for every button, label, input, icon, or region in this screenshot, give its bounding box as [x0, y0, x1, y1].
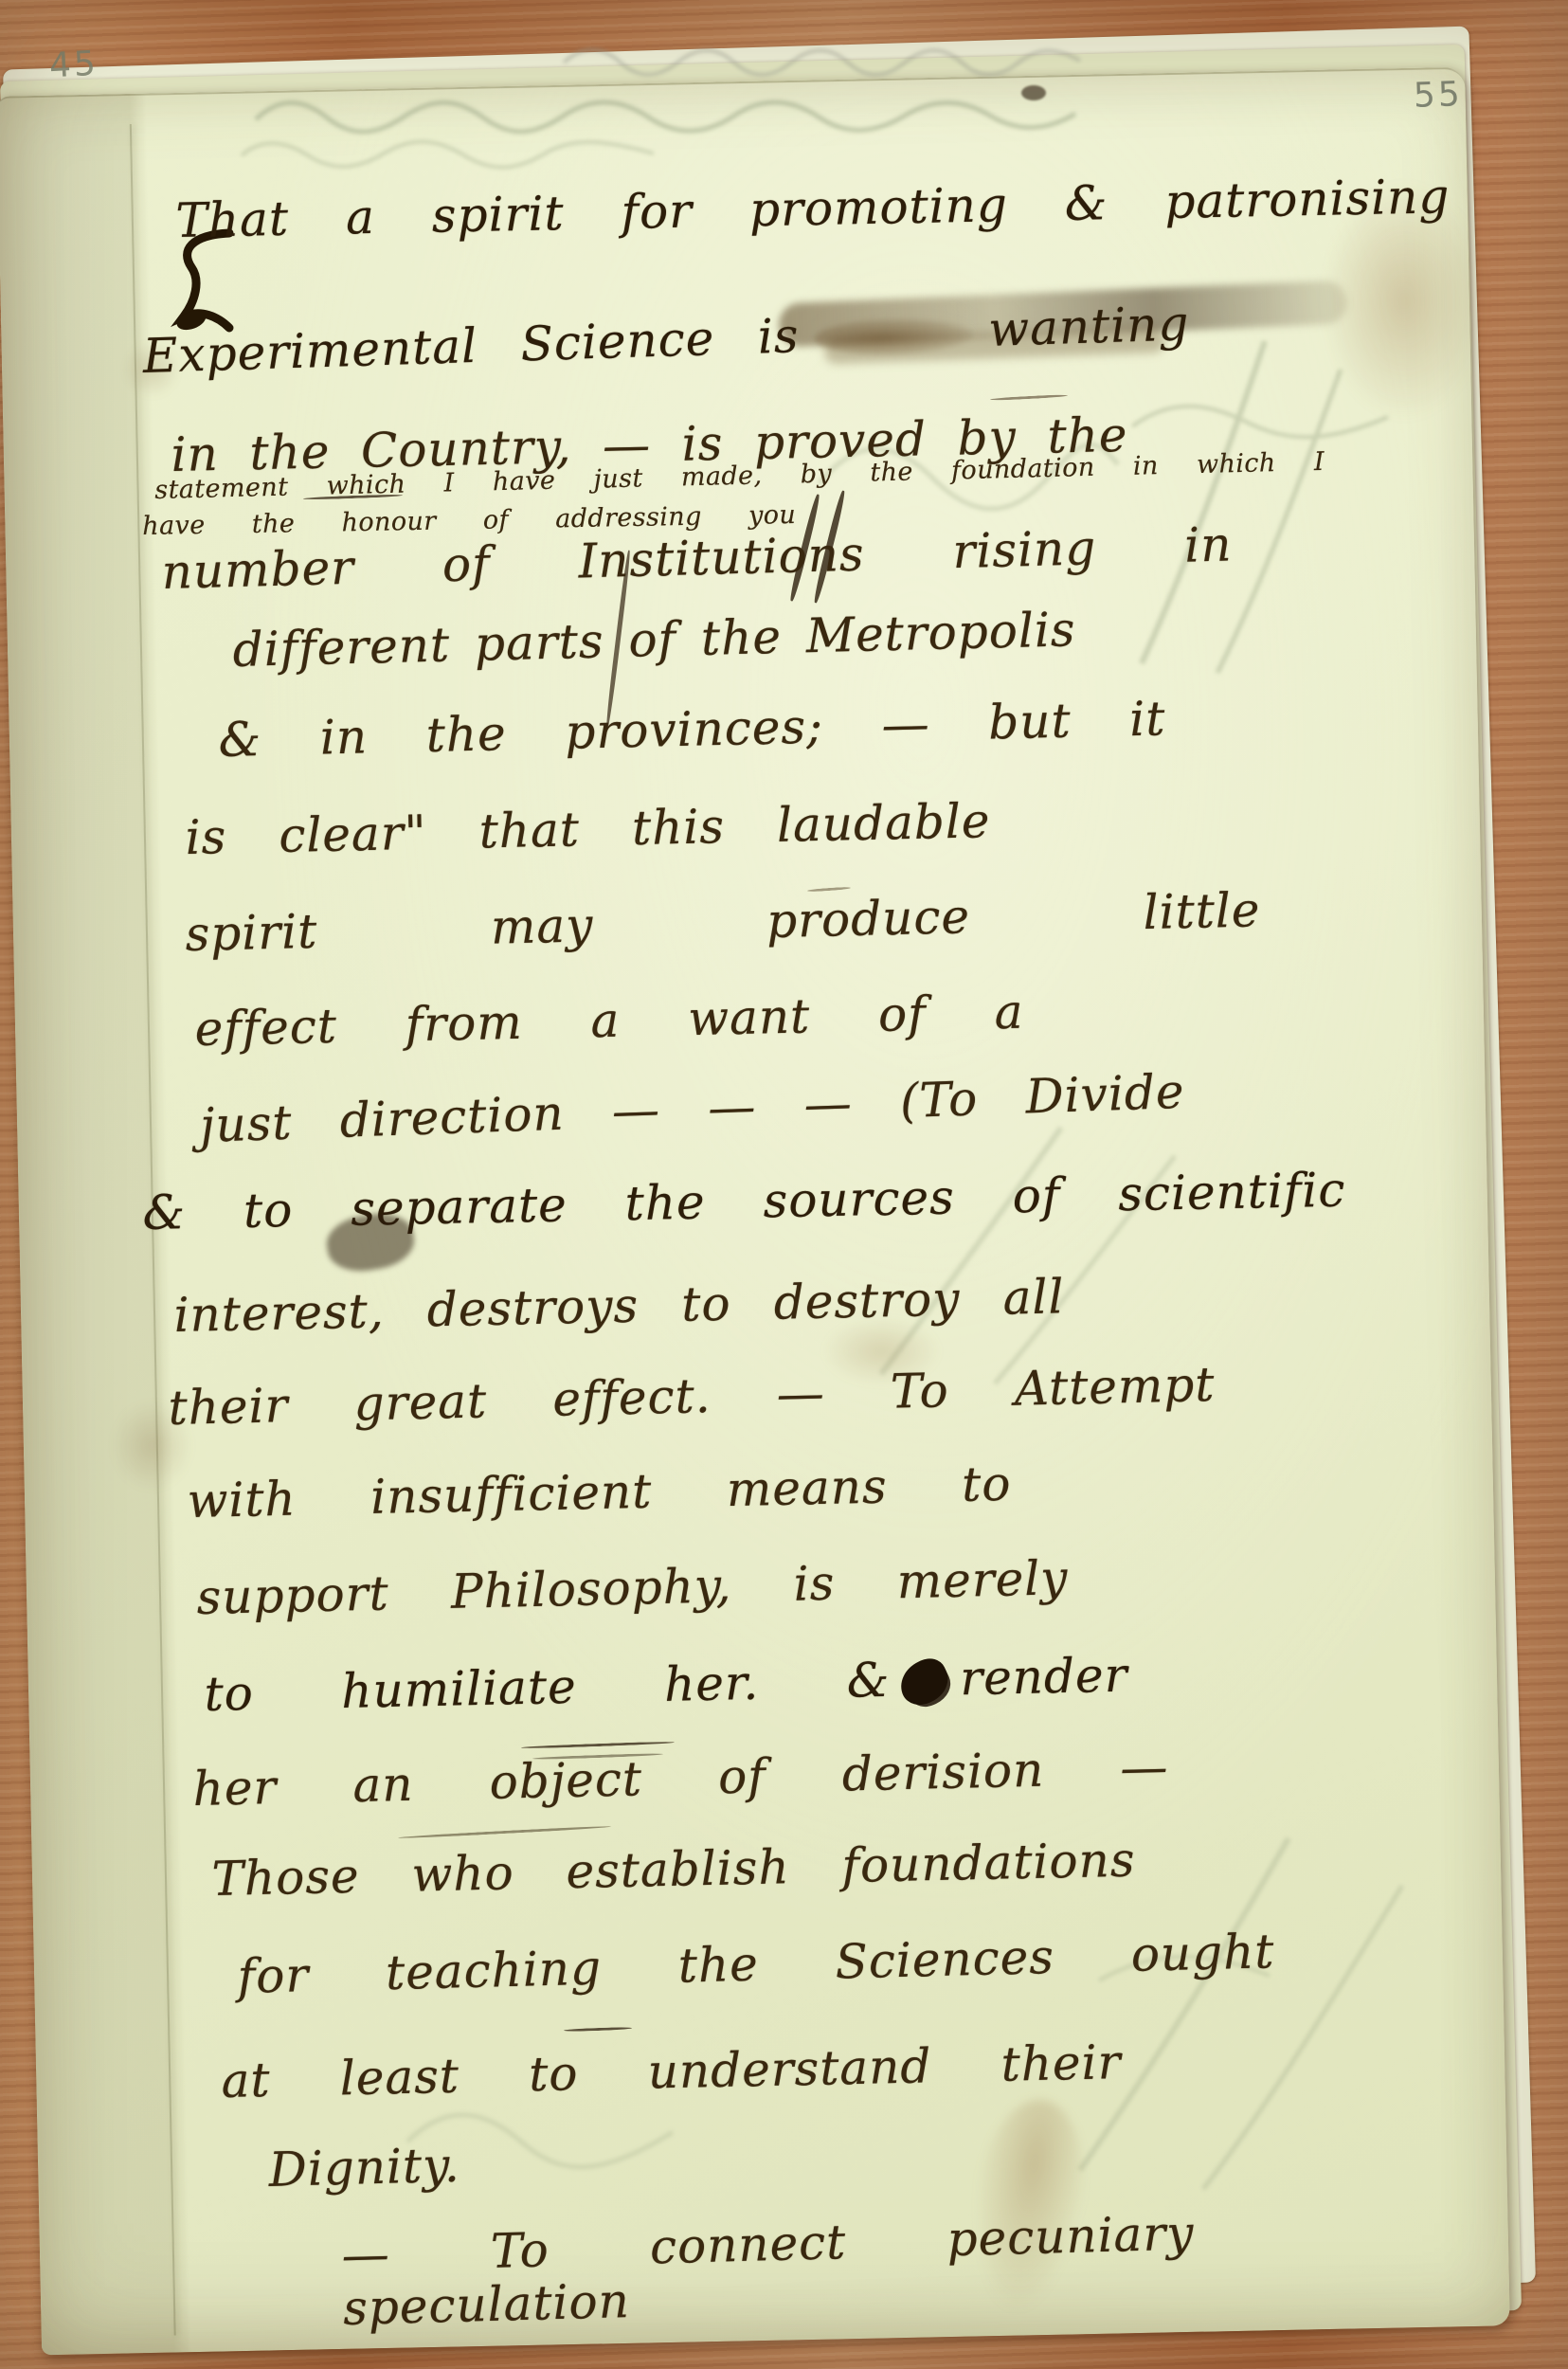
desk-photo: 45 55 That a spirit for promoting & patr… — [0, 0, 1568, 2369]
manuscript-line: & to separate the sources of scientific — [142, 1164, 1346, 1239]
manuscript-line: at least to understand their — [221, 2035, 1122, 2107]
manuscript-line: her an object of derision — — [192, 1741, 1169, 1816]
ink-blot-deletion — [892, 1653, 955, 1711]
line-text: to humiliate her. & — [204, 1653, 891, 1722]
manuscript-line: different parts of the Metropolis — [232, 603, 1076, 677]
ink-underline — [398, 1825, 611, 1839]
manuscript-line: to humiliate her. &render — [204, 1649, 1128, 1721]
ink-underline — [990, 394, 1068, 401]
manuscript-line: interest, destroys to destroy all — [173, 1270, 1065, 1342]
manuscript-line: is clear" that this laudable — [185, 794, 991, 864]
line-text: render — [960, 1648, 1128, 1707]
ink-underline — [564, 2027, 632, 2033]
manuscript-line: That a spirit for promoting & patronisin… — [175, 170, 1451, 247]
ink-underline — [521, 1741, 675, 1749]
manuscript-line: Dignity. — [268, 2139, 460, 2197]
manuscript-line: their great effect. — To Attempt — [168, 1358, 1216, 1435]
manuscript-line: support Philosophy, is merely — [196, 1551, 1069, 1624]
page-number-left: 45 — [48, 45, 99, 86]
manuscript-line: effect from a want of a — [194, 986, 1024, 1056]
page-number-right: 55 — [1413, 75, 1463, 116]
smudged-word — [814, 316, 974, 356]
manuscript-line: with insufficient means to — [187, 1457, 1012, 1528]
manuscript-line: & in the provinces; — but it — [218, 692, 1166, 767]
manuscript-line: for teaching the Sciences ought — [237, 1925, 1275, 2003]
manuscript-line: Experimental Science iswanting — [142, 297, 1190, 383]
manuscript-line: — To connect pecuniary speculation — [341, 2206, 1197, 2335]
manuscript-line: just direction — — — (To Divide — [199, 1065, 1185, 1152]
manuscript-line: spirit may produce little — [185, 883, 1261, 961]
line-text: wanting — [987, 296, 1190, 357]
manuscript-line: Those who establish foundations — [211, 1834, 1136, 1906]
handwriting-layer: 45 55 That a spirit for promoting & patr… — [0, 0, 1568, 2369]
